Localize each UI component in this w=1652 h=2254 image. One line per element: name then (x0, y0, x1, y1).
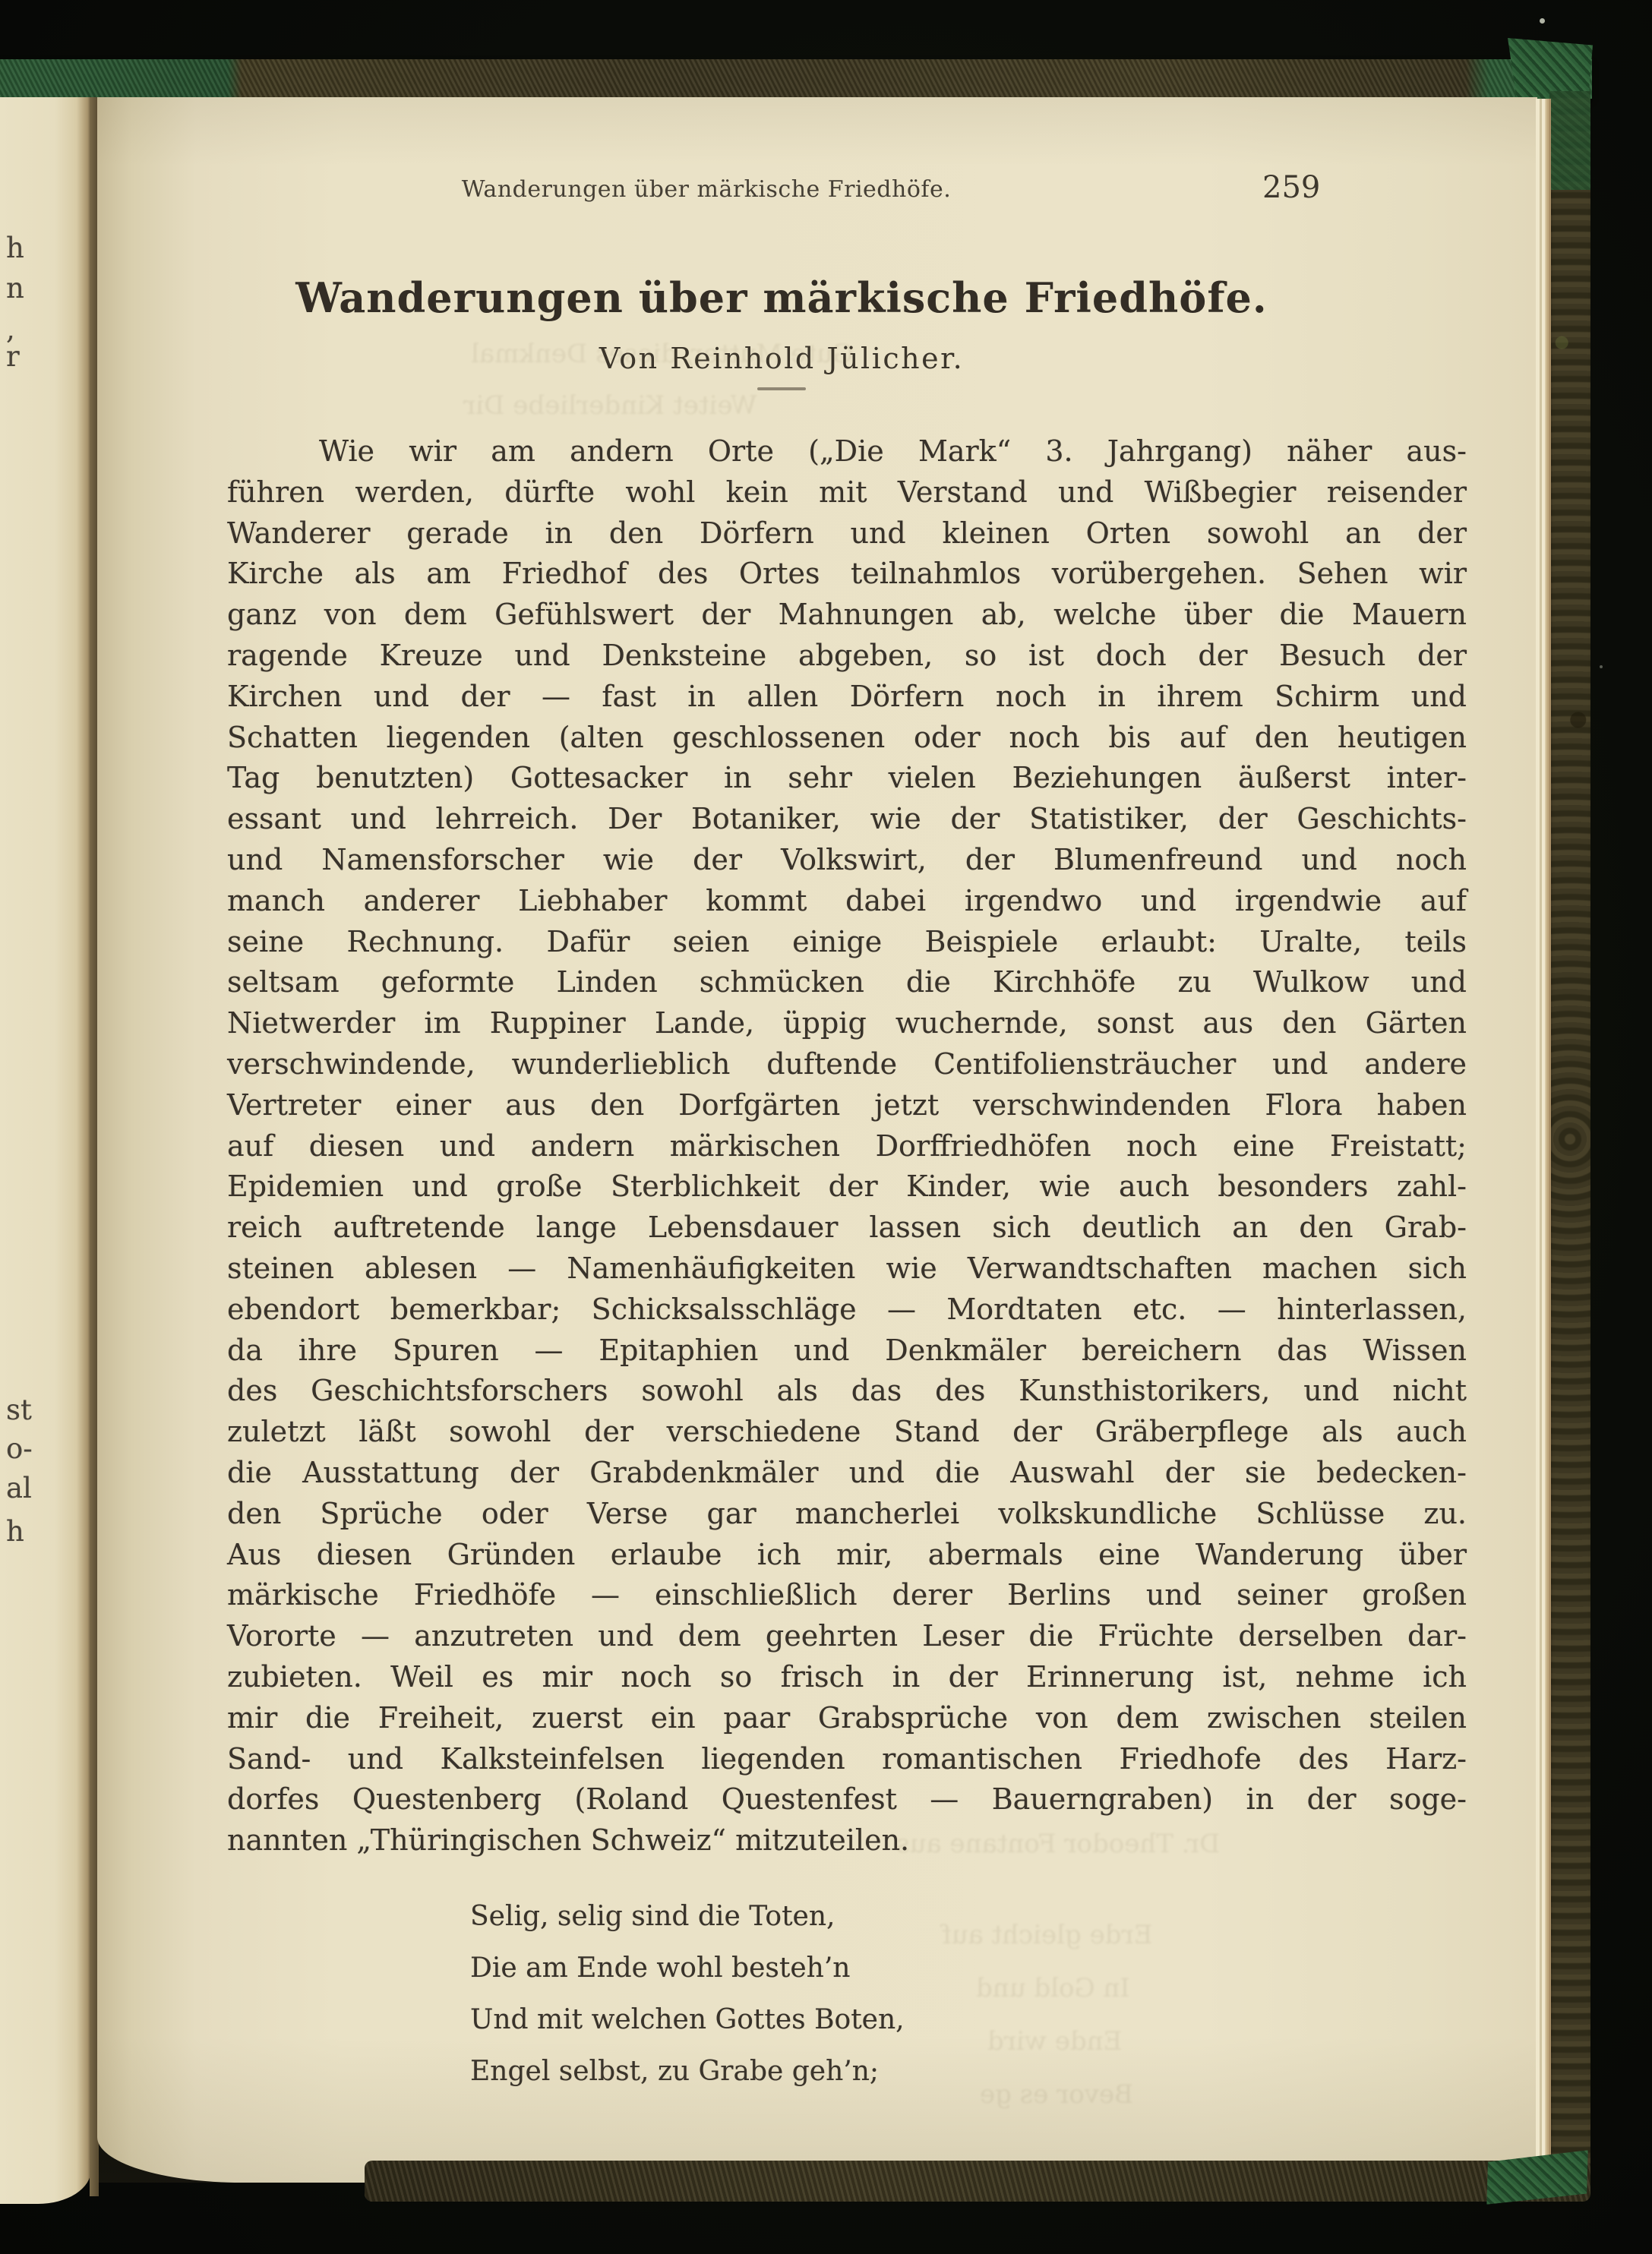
body-text-line: seine Rechnung. Dafür seien einige Beisp… (227, 922, 1467, 963)
page-edges-stack (1536, 99, 1551, 2178)
body-text-line: ebendort bemerkbar; Schicksalsschläge — … (227, 1290, 1467, 1331)
page-number: 259 (1262, 170, 1320, 205)
book-cover-bottom-edge (365, 2161, 1590, 2202)
body-text-line: manch anderer Liebhaber kommt dabei irge… (227, 881, 1467, 922)
book-cover-top-edge (0, 59, 1592, 99)
epitaph-verse-line: Die am Ende wohl besteh’n (470, 1943, 905, 1994)
cover-board-right-cloth (1549, 91, 1590, 190)
body-text-line: Aus diesen Gründen erlaube ich mir, aber… (227, 1535, 1467, 1576)
body-text-line: märkische Friedhöfe — einschließlich der… (227, 1575, 1467, 1616)
book-page: Wanderungen über märkische Friedhöfe. 25… (97, 97, 1537, 2183)
body-text-line: mir die Freiheit, zuerst ein paar Grabsp… (227, 1698, 1467, 1739)
body-text-line: auf diesen und andern märkischen Dorffri… (227, 1126, 1467, 1167)
running-head: Wanderungen über märkische Friedhöfe. (97, 176, 1316, 203)
body-text-line: Wie wir am andern Orte („Die Mark“ 3. Ja… (227, 431, 1467, 472)
body-text-line: verschwindende, wunderlieblich duftende … (227, 1044, 1467, 1085)
article-title: Wanderungen über märkische Friedhöfe. (97, 273, 1466, 322)
body-text-line: Vertreter einer aus den Dorfgärten jetzt… (227, 1085, 1467, 1126)
body-text-line: des Geschichtsforschers sowohl als das d… (227, 1371, 1467, 1412)
dust-speck (1540, 18, 1545, 24)
epitaph-verse-line: Und mit welchen Gottes Boten, (470, 1994, 905, 2046)
body-text-line: Kirche als am Friedhof des Ortes teilnah… (227, 554, 1467, 595)
body-text-line: führen werden, dürfte wohl kein mit Vers… (227, 472, 1467, 513)
book-scan: hn,rsto-alh Wanderungen über märkische F… (0, 0, 1652, 2254)
body-text-line: essant und lehrreich. Der Botaniker, wie… (227, 799, 1467, 840)
body-text-line: Schatten liegenden (alten geschlossenen … (227, 718, 1467, 759)
body-text-line: zuletzt läßt sowohl der verschiedene Sta… (227, 1412, 1467, 1453)
epitaph-verse: Selig, selig sind die Toten,Die am Ende … (470, 1891, 905, 2098)
body-text-line: ganz von dem Gefühlswert der Mahnungen a… (227, 595, 1467, 636)
body-text-line: Kirchen und der — fast in allen Dörfern … (227, 677, 1467, 718)
body-text-line: Vororte — anzutreten und dem geehrten Le… (227, 1616, 1467, 1657)
body-text-line: steinen ablesen — Namenhäufigkeiten wie … (227, 1249, 1467, 1290)
body-text-line: zubieten. Weil es mir noch so frisch in … (227, 1657, 1467, 1698)
body-text-line: Wanderer gerade in den Dörfern und klein… (227, 513, 1467, 554)
cover-board-right (1549, 91, 1590, 2187)
body-text-line: Epidemien und große Sterblichkeit der Ki… (227, 1166, 1467, 1207)
dust-speck (1600, 665, 1603, 668)
body-text: Wie wir am andern Orte („Die Mark“ 3. Ja… (227, 431, 1467, 1861)
body-text-line: Tag benutzten) Gottesacker in sehr viele… (227, 758, 1467, 799)
body-text-line: seltsam geformte Linden schmücken die Ki… (227, 962, 1467, 1003)
epitaph-verse-line: Engel selbst, zu Grabe geh’n; (470, 2046, 905, 2098)
body-text-line: die Ausstattung der Grabdenkmäler und di… (227, 1453, 1467, 1494)
body-text-line: den Sprüche oder Verse gar mancherlei vo… (227, 1494, 1467, 1535)
body-text-line: reich auftretende lange Lebensdauer lass… (227, 1207, 1467, 1249)
body-text-line: Nietwerder im Ruppiner Lande, üppig wuch… (227, 1003, 1467, 1044)
body-text-line: nannten „Thüringischen Schweiz“ mitzutei… (227, 1820, 1467, 1861)
body-text-line: und Namensforscher wie der Volkswirt, de… (227, 840, 1467, 881)
body-text-line: da ihre Spuren — Epitaphien und Denkmäle… (227, 1331, 1467, 1372)
facing-page-edge (0, 97, 91, 2204)
body-text-line: Sand- und Kalksteinfelsen liegenden roma… (227, 1739, 1467, 1780)
epitaph-verse-line: Selig, selig sind die Toten, (470, 1891, 905, 1943)
article-byline: Von Reinhold Jülicher. (97, 342, 1466, 375)
byline-divider-rule (757, 387, 806, 390)
body-text-line: dorfes Questenberg (Roland Questenfest —… (227, 1779, 1467, 1820)
body-text-line: ragende Kreuze und Denksteine abgeben, s… (227, 636, 1467, 677)
